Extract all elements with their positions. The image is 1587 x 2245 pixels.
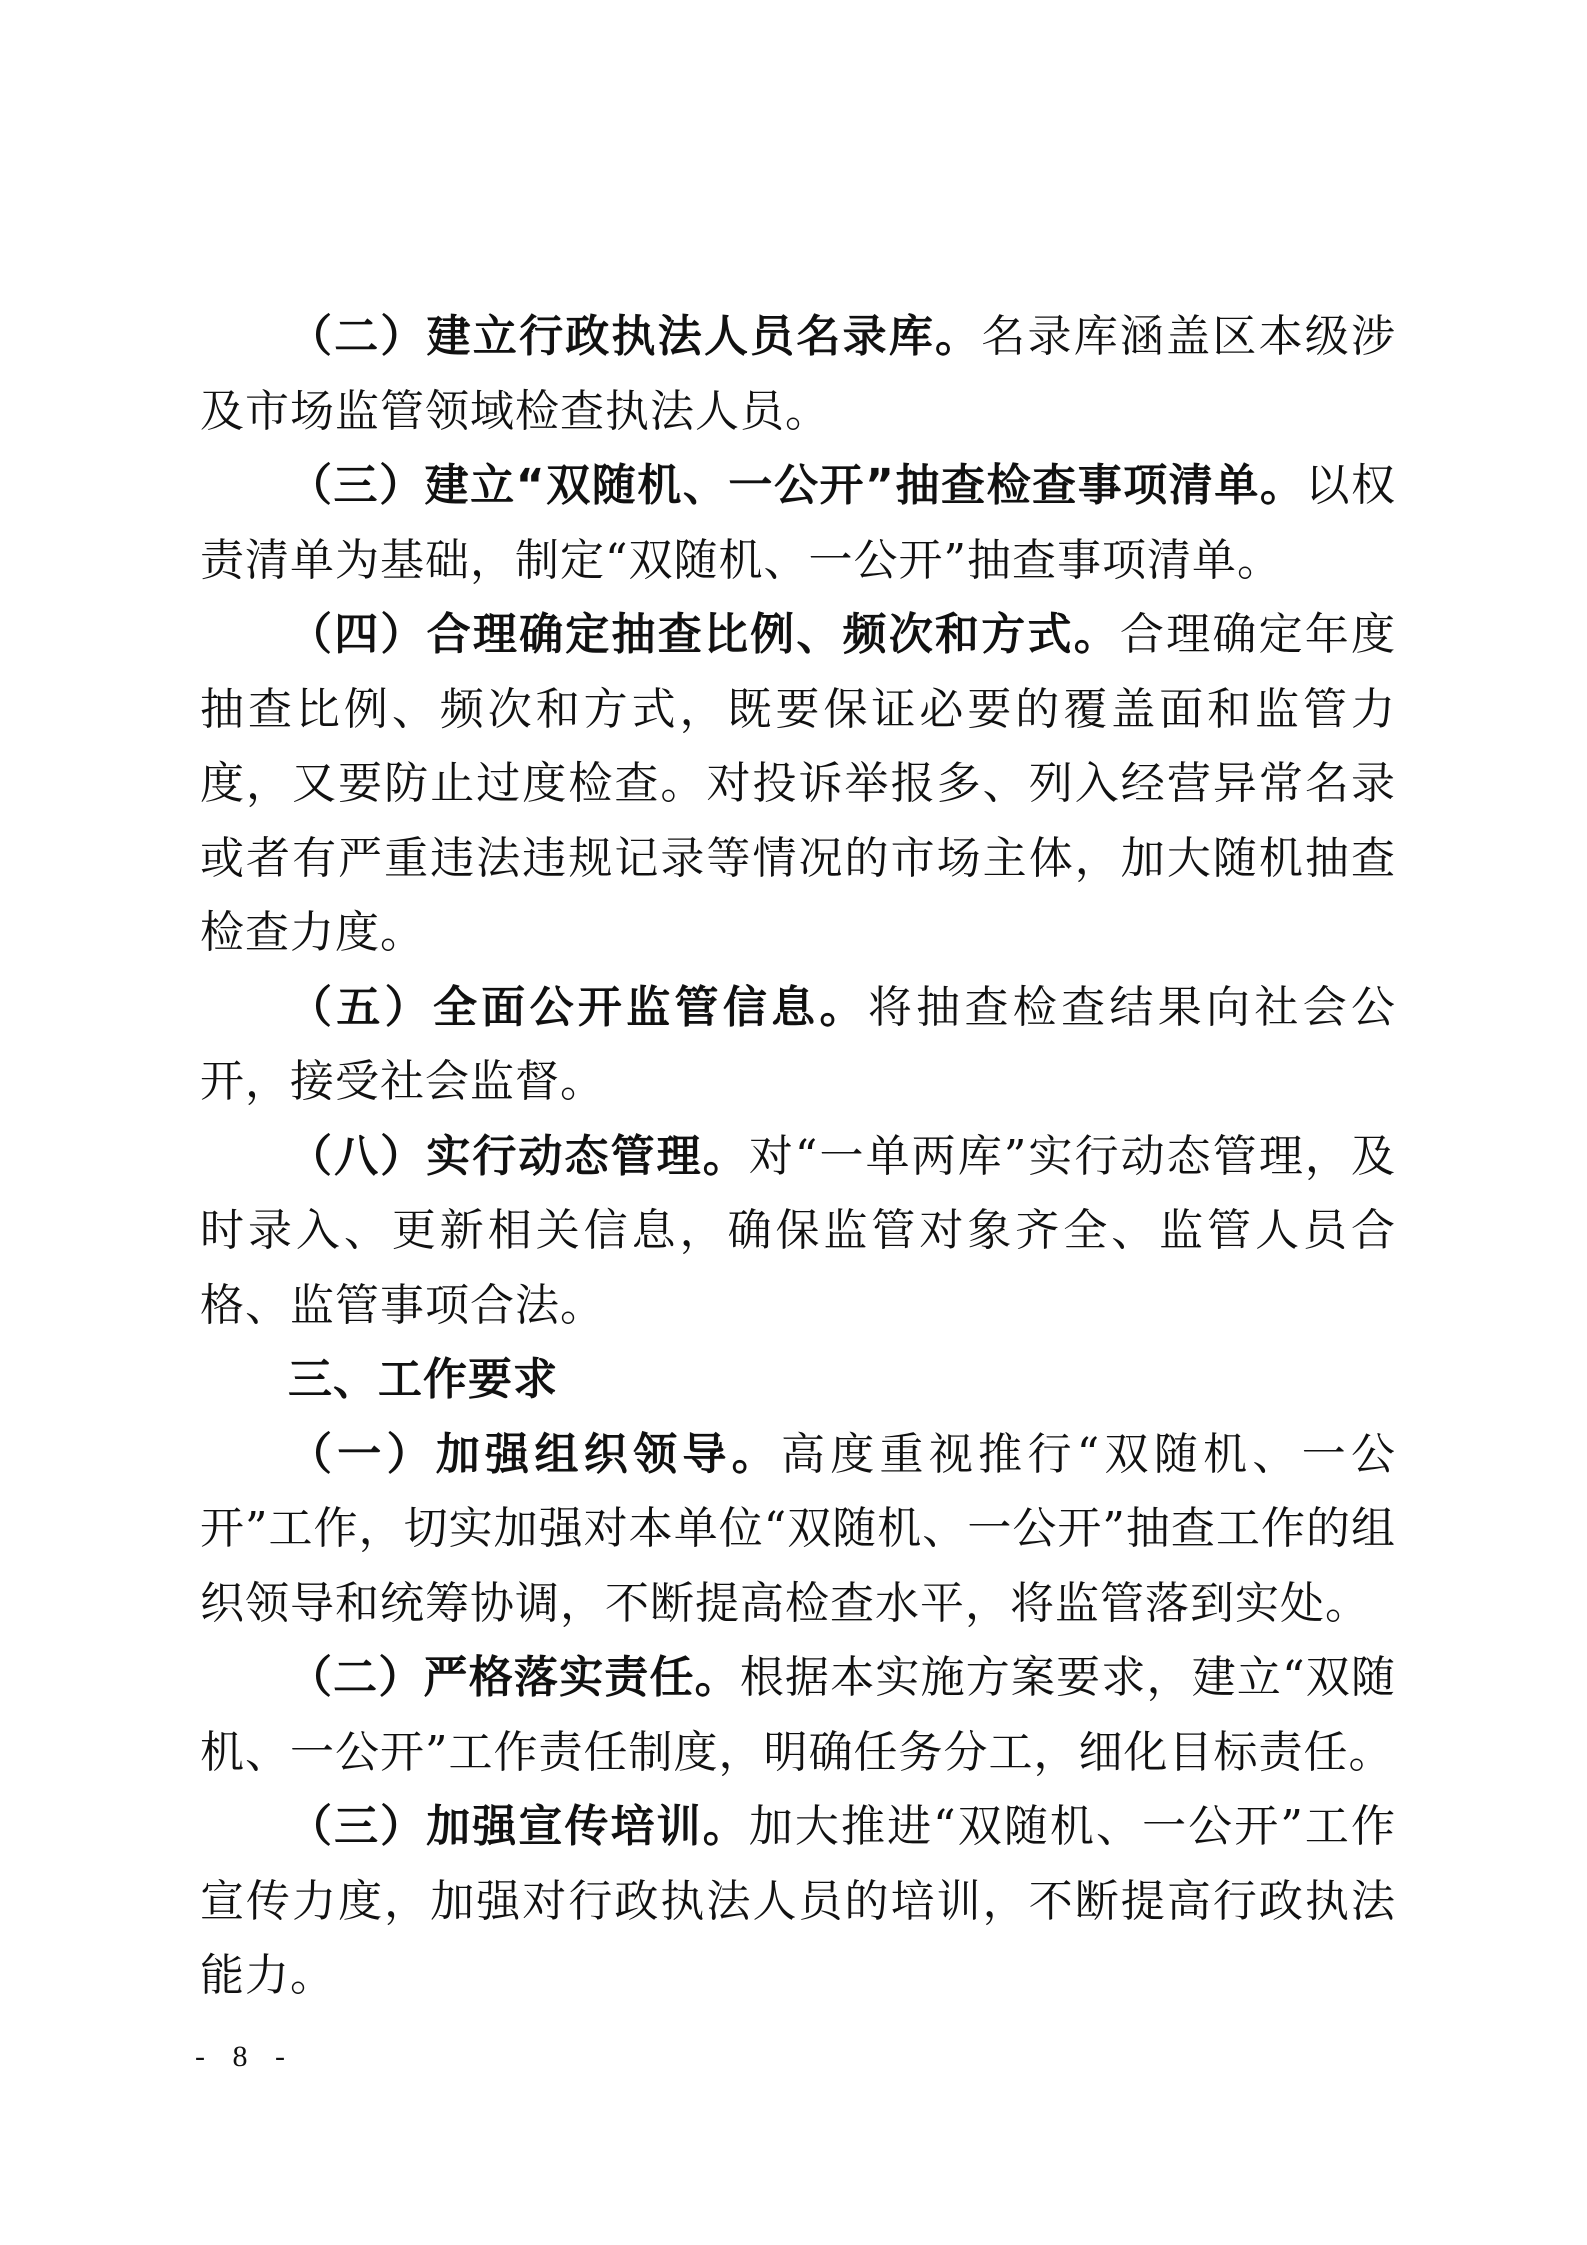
paragraph-inspection-list: （三）建立“双随机、一公开”抽查检查事项清单。以权责清单为基础，制定“双随机、一… — [200, 449, 1396, 598]
paragraph-lead: （二）严格落实责任。 — [288, 1652, 740, 1703]
paragraph-lead: （三）加强宣传培训。 — [288, 1801, 749, 1852]
paragraph-lead: （四）合理确定抽查比例、频次和方式。 — [288, 609, 1120, 660]
paragraph-dynamic-management: （八）实行动态管理。对“一单两库”实行动态管理，及时录入、更新相关信息，确保监管… — [200, 1120, 1396, 1344]
paragraph-training: （三）加强宣传培训。加大推进“双随机、一公开”工作宣传力度，加强对行政执法人员的… — [200, 1790, 1396, 2014]
paragraph-lead: （八）实行动态管理。 — [288, 1131, 749, 1182]
page-number: - 8 - — [195, 2040, 295, 2074]
section-heading: 三、工作要求 — [200, 1343, 1396, 1418]
paragraph-lead: （一）加强组织领导。 — [288, 1429, 781, 1480]
paragraph-responsibility: （二）严格落实责任。根据本实施方案要求，建立“双随机、一公开”工作责任制度，明确… — [200, 1641, 1396, 1790]
paragraph-sampling-ratio: （四）合理确定抽查比例、频次和方式。合理确定年度抽查比例、频次和方式，既要保证必… — [200, 598, 1396, 971]
paragraph-lead: （五）全面公开监管信息。 — [288, 982, 868, 1033]
document-page: （二）建立行政执法人员名录库。名录库涵盖区本级涉及市场监管领域检查执法人员。 （… — [200, 300, 1396, 2014]
paragraph-leadership: （一）加强组织领导。高度重视推行“双随机、一公开”工作，切实加强对本单位“双随机… — [200, 1418, 1396, 1642]
paragraph-public-info: （五）全面公开监管信息。将抽查检查结果向社会公开，接受社会监督。 — [200, 971, 1396, 1120]
paragraph-body: 合理确定年度抽查比例、频次和方式，既要保证必要的覆盖面和监管力度，又要防止过度检… — [200, 609, 1396, 958]
paragraph-name-library: （二）建立行政执法人员名录库。名录库涵盖区本级涉及市场监管领域检查执法人员。 — [200, 300, 1396, 449]
paragraph-lead: （二）建立行政执法人员名录库。 — [288, 311, 981, 362]
paragraph-lead: （三）建立“双随机、一公开”抽查检查事项清单。 — [288, 460, 1305, 511]
